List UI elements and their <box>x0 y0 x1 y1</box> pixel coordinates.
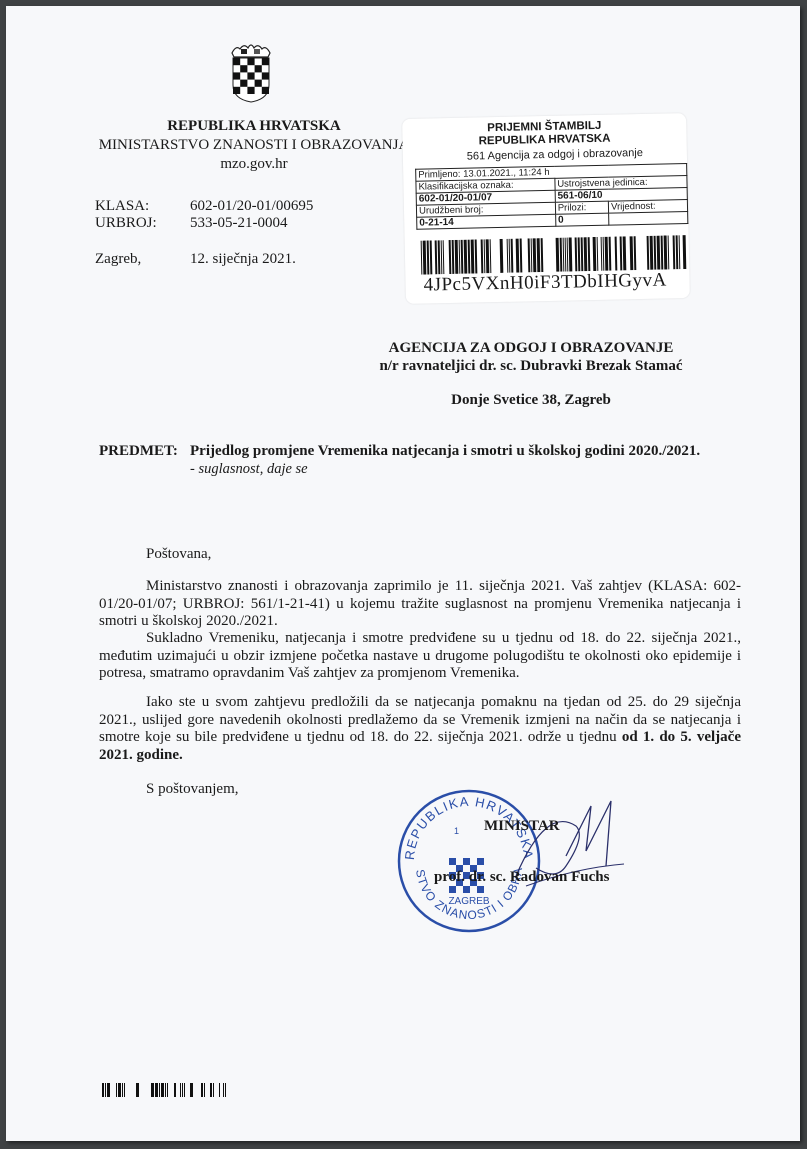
seal-center-text: ZAGREB <box>448 896 489 907</box>
salutation: Poštovana, <box>146 546 211 564</box>
stamp-grid: Primljeno: 13.01.2021., 11:24 h Klasifik… <box>415 163 688 230</box>
recipient-address: Donje Svetice 38, Zagreb <box>366 392 696 409</box>
stamp-urud-value: 0-21-14 <box>417 214 556 229</box>
seal-number: 1 <box>454 826 459 836</box>
paragraph-1: Ministarstvo znanosti i obrazovanja zapr… <box>99 578 741 631</box>
closing: S poštovanjem, <box>146 781 239 799</box>
stamp-code: 4JPc5VXnH0iF3TDbIHGyvA <box>423 269 667 296</box>
subject-text: Prijedlog promjene Vremenika natjecanja … <box>190 443 700 460</box>
stamp-prilozi-value: 0 <box>555 213 609 226</box>
stamp-office: 561 Agencija za odgoj i obrazovanje <box>413 146 697 164</box>
stamp-prilozi-label: Prilozi: <box>555 201 609 214</box>
document-barcode-icon <box>96 1083 226 1097</box>
paragraph-3: Iako ste u svom zahtjevu predložili da s… <box>99 694 741 764</box>
klasa-value: 602-01/20-01/00695 <box>190 198 313 215</box>
urbroj-value: 533-05-21-0004 <box>190 215 288 232</box>
receipt-stamp: PRIJEMNI ŠTAMBILJ REPUBLIKA HRVATSKA 561… <box>402 113 690 304</box>
klasa-label: KLASA: <box>95 198 149 215</box>
place-label: Zagreb, <box>95 251 141 268</box>
signatory-name: prof. dr. sc. Radovan Fuchs <box>434 869 609 886</box>
header-country: REPUBLIKA HRVATSKA <box>96 118 412 135</box>
subject-label: PREDMET: <box>99 443 178 460</box>
signatory-title: MINISTAR <box>484 818 560 835</box>
document-date: 12. siječnja 2021. <box>190 251 296 268</box>
signature-icon <box>506 796 626 906</box>
header-ministry: MINISTARSTVO ZNANOSTI I OBRAZOVANJA <box>96 137 412 154</box>
coat-of-arms-icon <box>228 43 274 103</box>
urbroj-label: URBROJ: <box>95 215 157 232</box>
stamp-barcode-icon <box>417 235 688 275</box>
paragraph-2: Sukladno Vremeniku, natjecanja i smotre … <box>99 630 741 683</box>
header-website: mzo.gov.hr <box>96 156 412 173</box>
document-page: REPUBLIKA HRVATSKA MINISTARSTVO ZNANOSTI… <box>6 6 800 1141</box>
recipient-attention: n/r ravnateljici dr. sc. Dubravki Brezak… <box>366 358 696 375</box>
subject-subtitle: - suglasnost, daje se <box>190 461 308 478</box>
recipient-name: AGENCIJA ZA ODGOJ I OBRAZOVANJE <box>366 340 696 357</box>
stamp-vrijednost-value <box>609 212 688 226</box>
